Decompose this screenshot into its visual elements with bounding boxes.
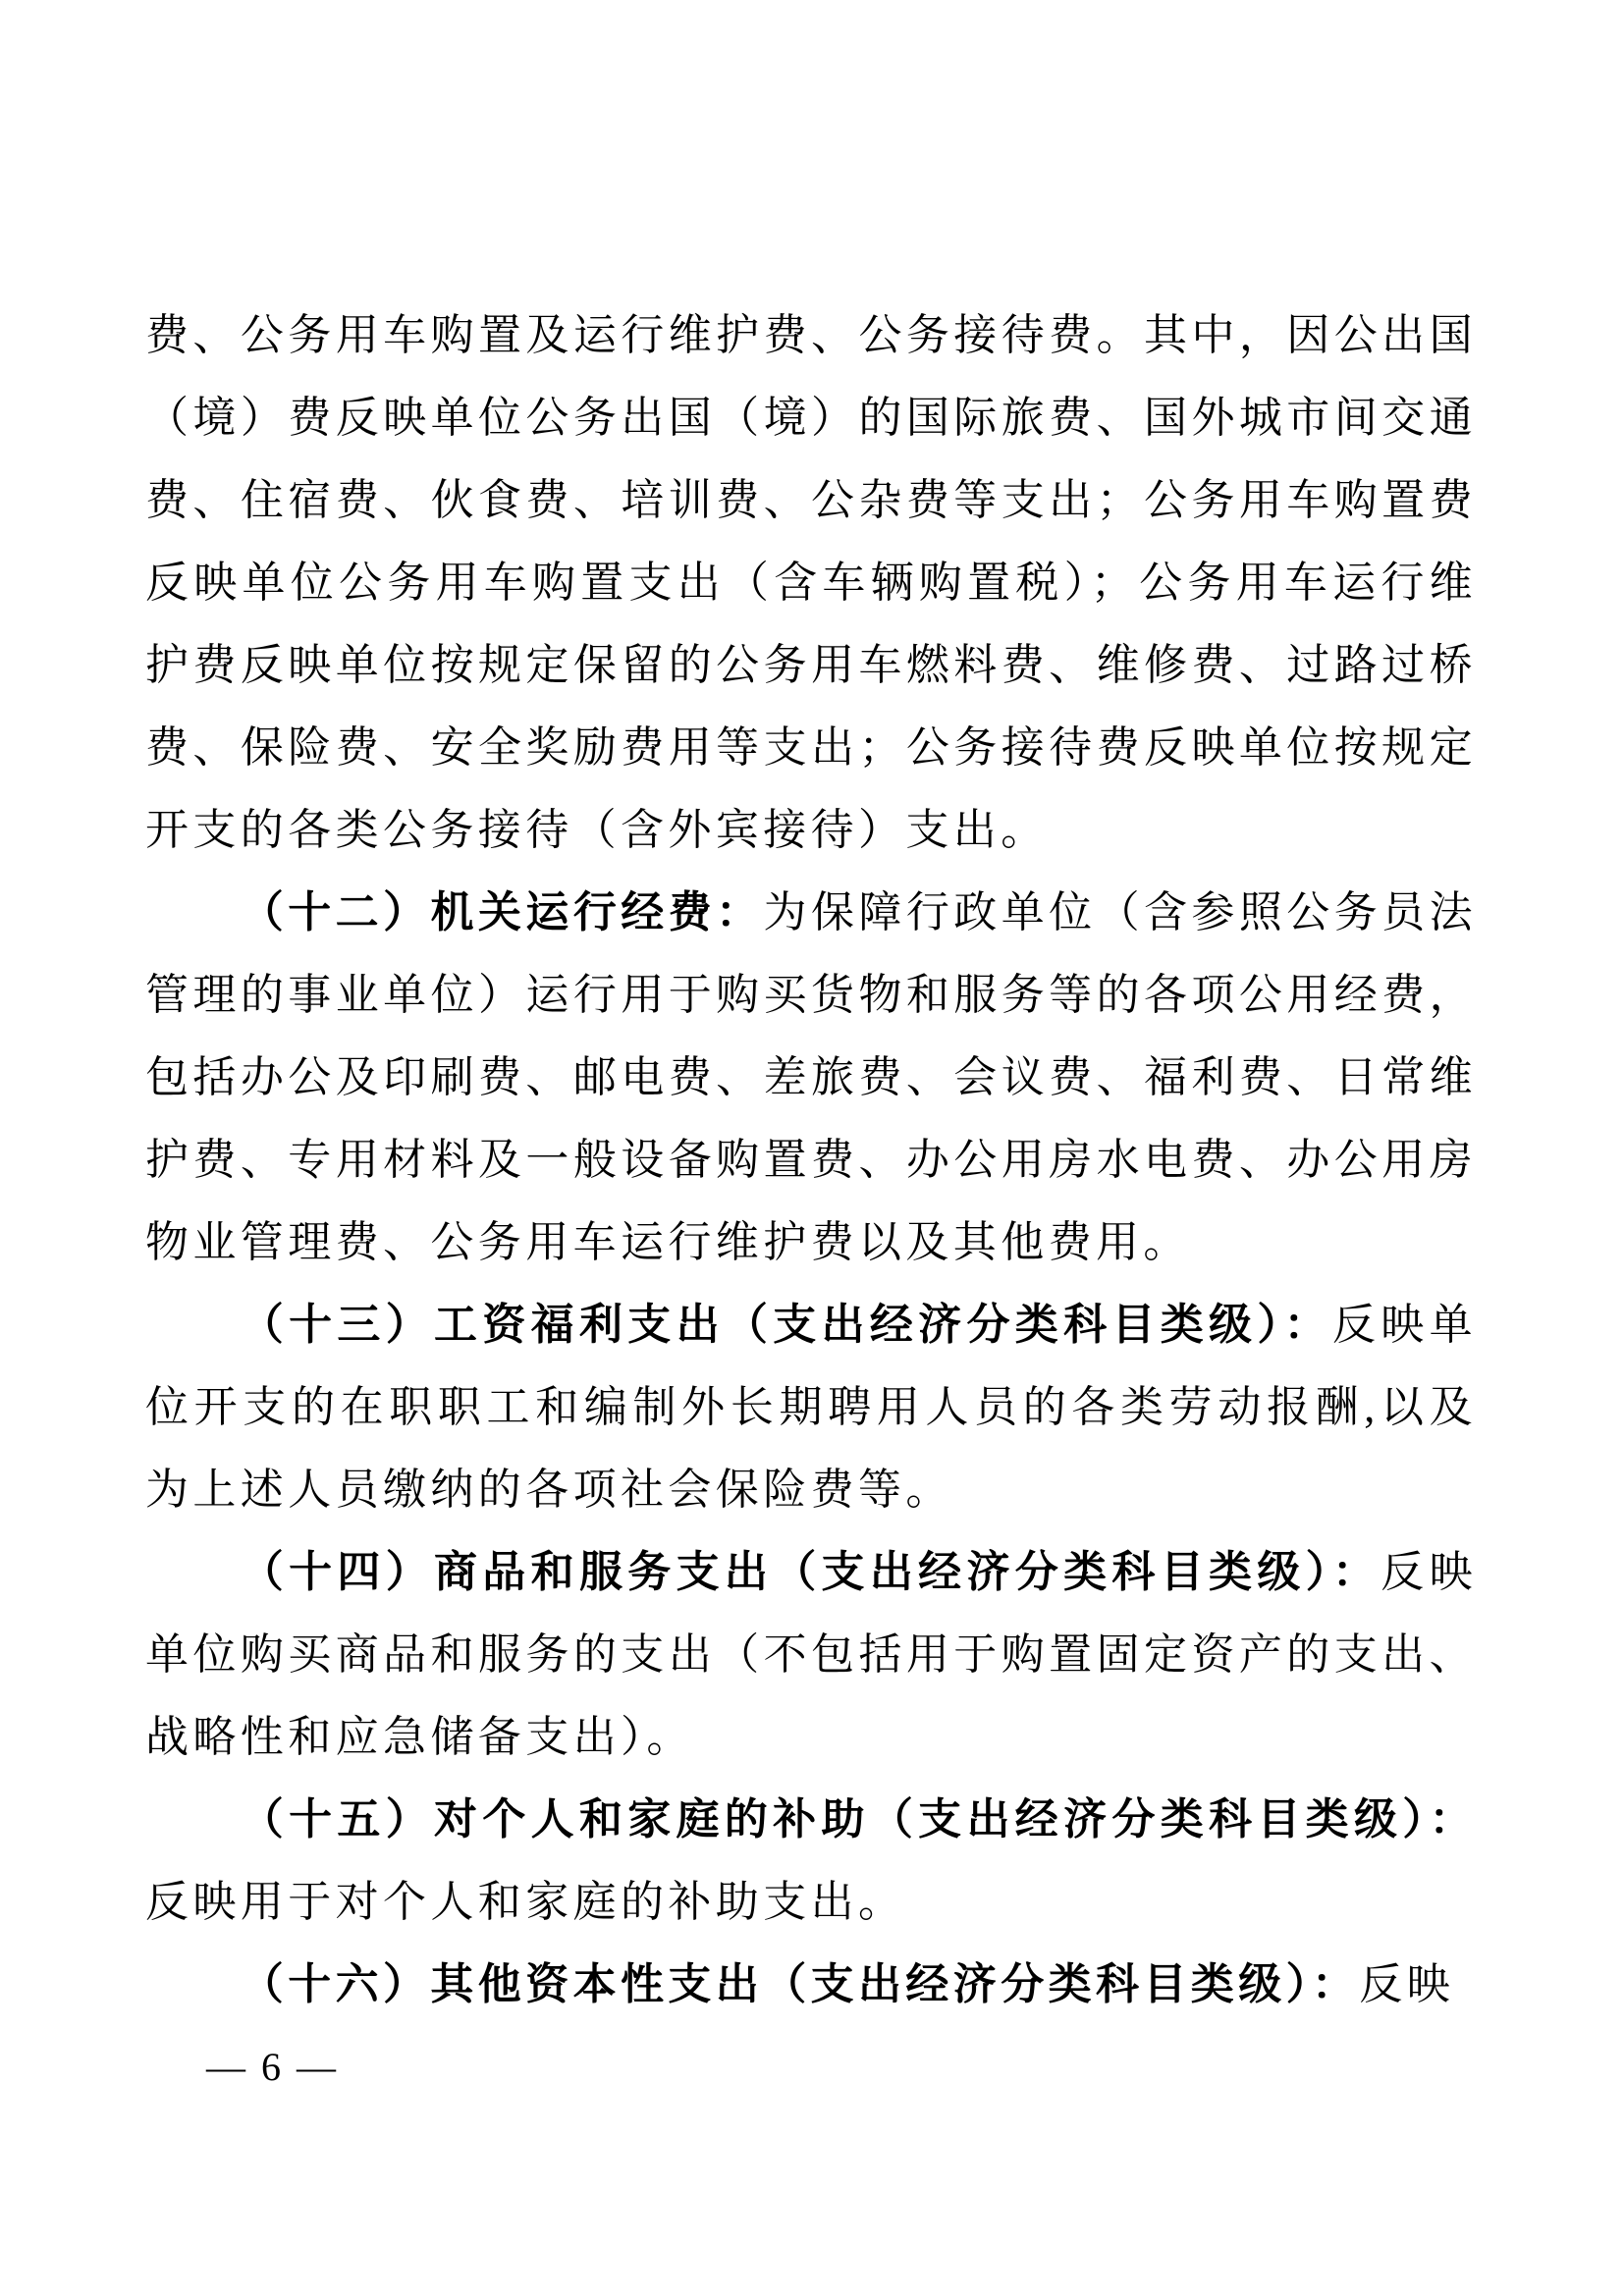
- paragraph: （十三）工资福利支出（支出经济分类科目类级）：反映单位开支的在职职工和编制外长期…: [145, 1284, 1477, 1531]
- paragraph-text: 反映用于对个人和家庭的补助支出。: [145, 1878, 905, 1926]
- paragraph-text: 费、公务用车购置及运行维护费、公务接待费。其中，因公出国（境）费反映单位公务出国…: [145, 311, 1477, 854]
- paragraph: （十六）其他资本性支出（支出经济分类科目类级）：反映: [145, 1944, 1477, 2026]
- paragraph: （十四）商品和服务支出（支出经济分类科目类级）：反映单位购买商品和服务的支出（不…: [145, 1531, 1477, 1779]
- paragraph: （十二）机关运行经费：为保障行政单位（含参照公务员法管理的事业单位）运行用于购买…: [145, 872, 1477, 1284]
- paragraph: 费、公务用车购置及运行维护费、公务接待费。其中，因公出国（境）费反映单位公务出国…: [145, 294, 1477, 872]
- page-footer: — 6 —: [206, 2044, 339, 2091]
- paragraph-heading: （十六）其他资本性支出（支出经济分类科目类级）：: [241, 1960, 1360, 2008]
- paragraph-text: 反映: [1359, 1960, 1454, 2008]
- paragraph-heading: （十四）商品和服务支出（支出经济分类科目类级）：: [241, 1548, 1380, 1596]
- paragraph: （十五）对个人和家庭的补助（支出经济分类科目类级）：反映用于对个人和家庭的补助支…: [145, 1779, 1477, 1944]
- document-page: 费、公务用车购置及运行维护费、公务接待费。其中，因公出国（境）费反映单位公务出国…: [0, 0, 1624, 2296]
- paragraph-text: 为保障行政单位（含参照公务员法管理的事业单位）运行用于购买货物和服务等的各项公用…: [145, 888, 1477, 1266]
- paragraph-heading: （十三）工资福利支出（支出经济分类科目类级）：: [241, 1301, 1332, 1349]
- paragraph-heading: （十二）机关运行经费：: [241, 888, 764, 936]
- paragraph-heading: （十五）对个人和家庭的补助（支出经济分类科目类级）：: [241, 1795, 1477, 1843]
- document-body: 费、公务用车购置及运行维护费、公务接待费。其中，因公出国（境）费反映单位公务出国…: [145, 294, 1477, 2026]
- page-number: — 6 —: [206, 2045, 339, 2089]
